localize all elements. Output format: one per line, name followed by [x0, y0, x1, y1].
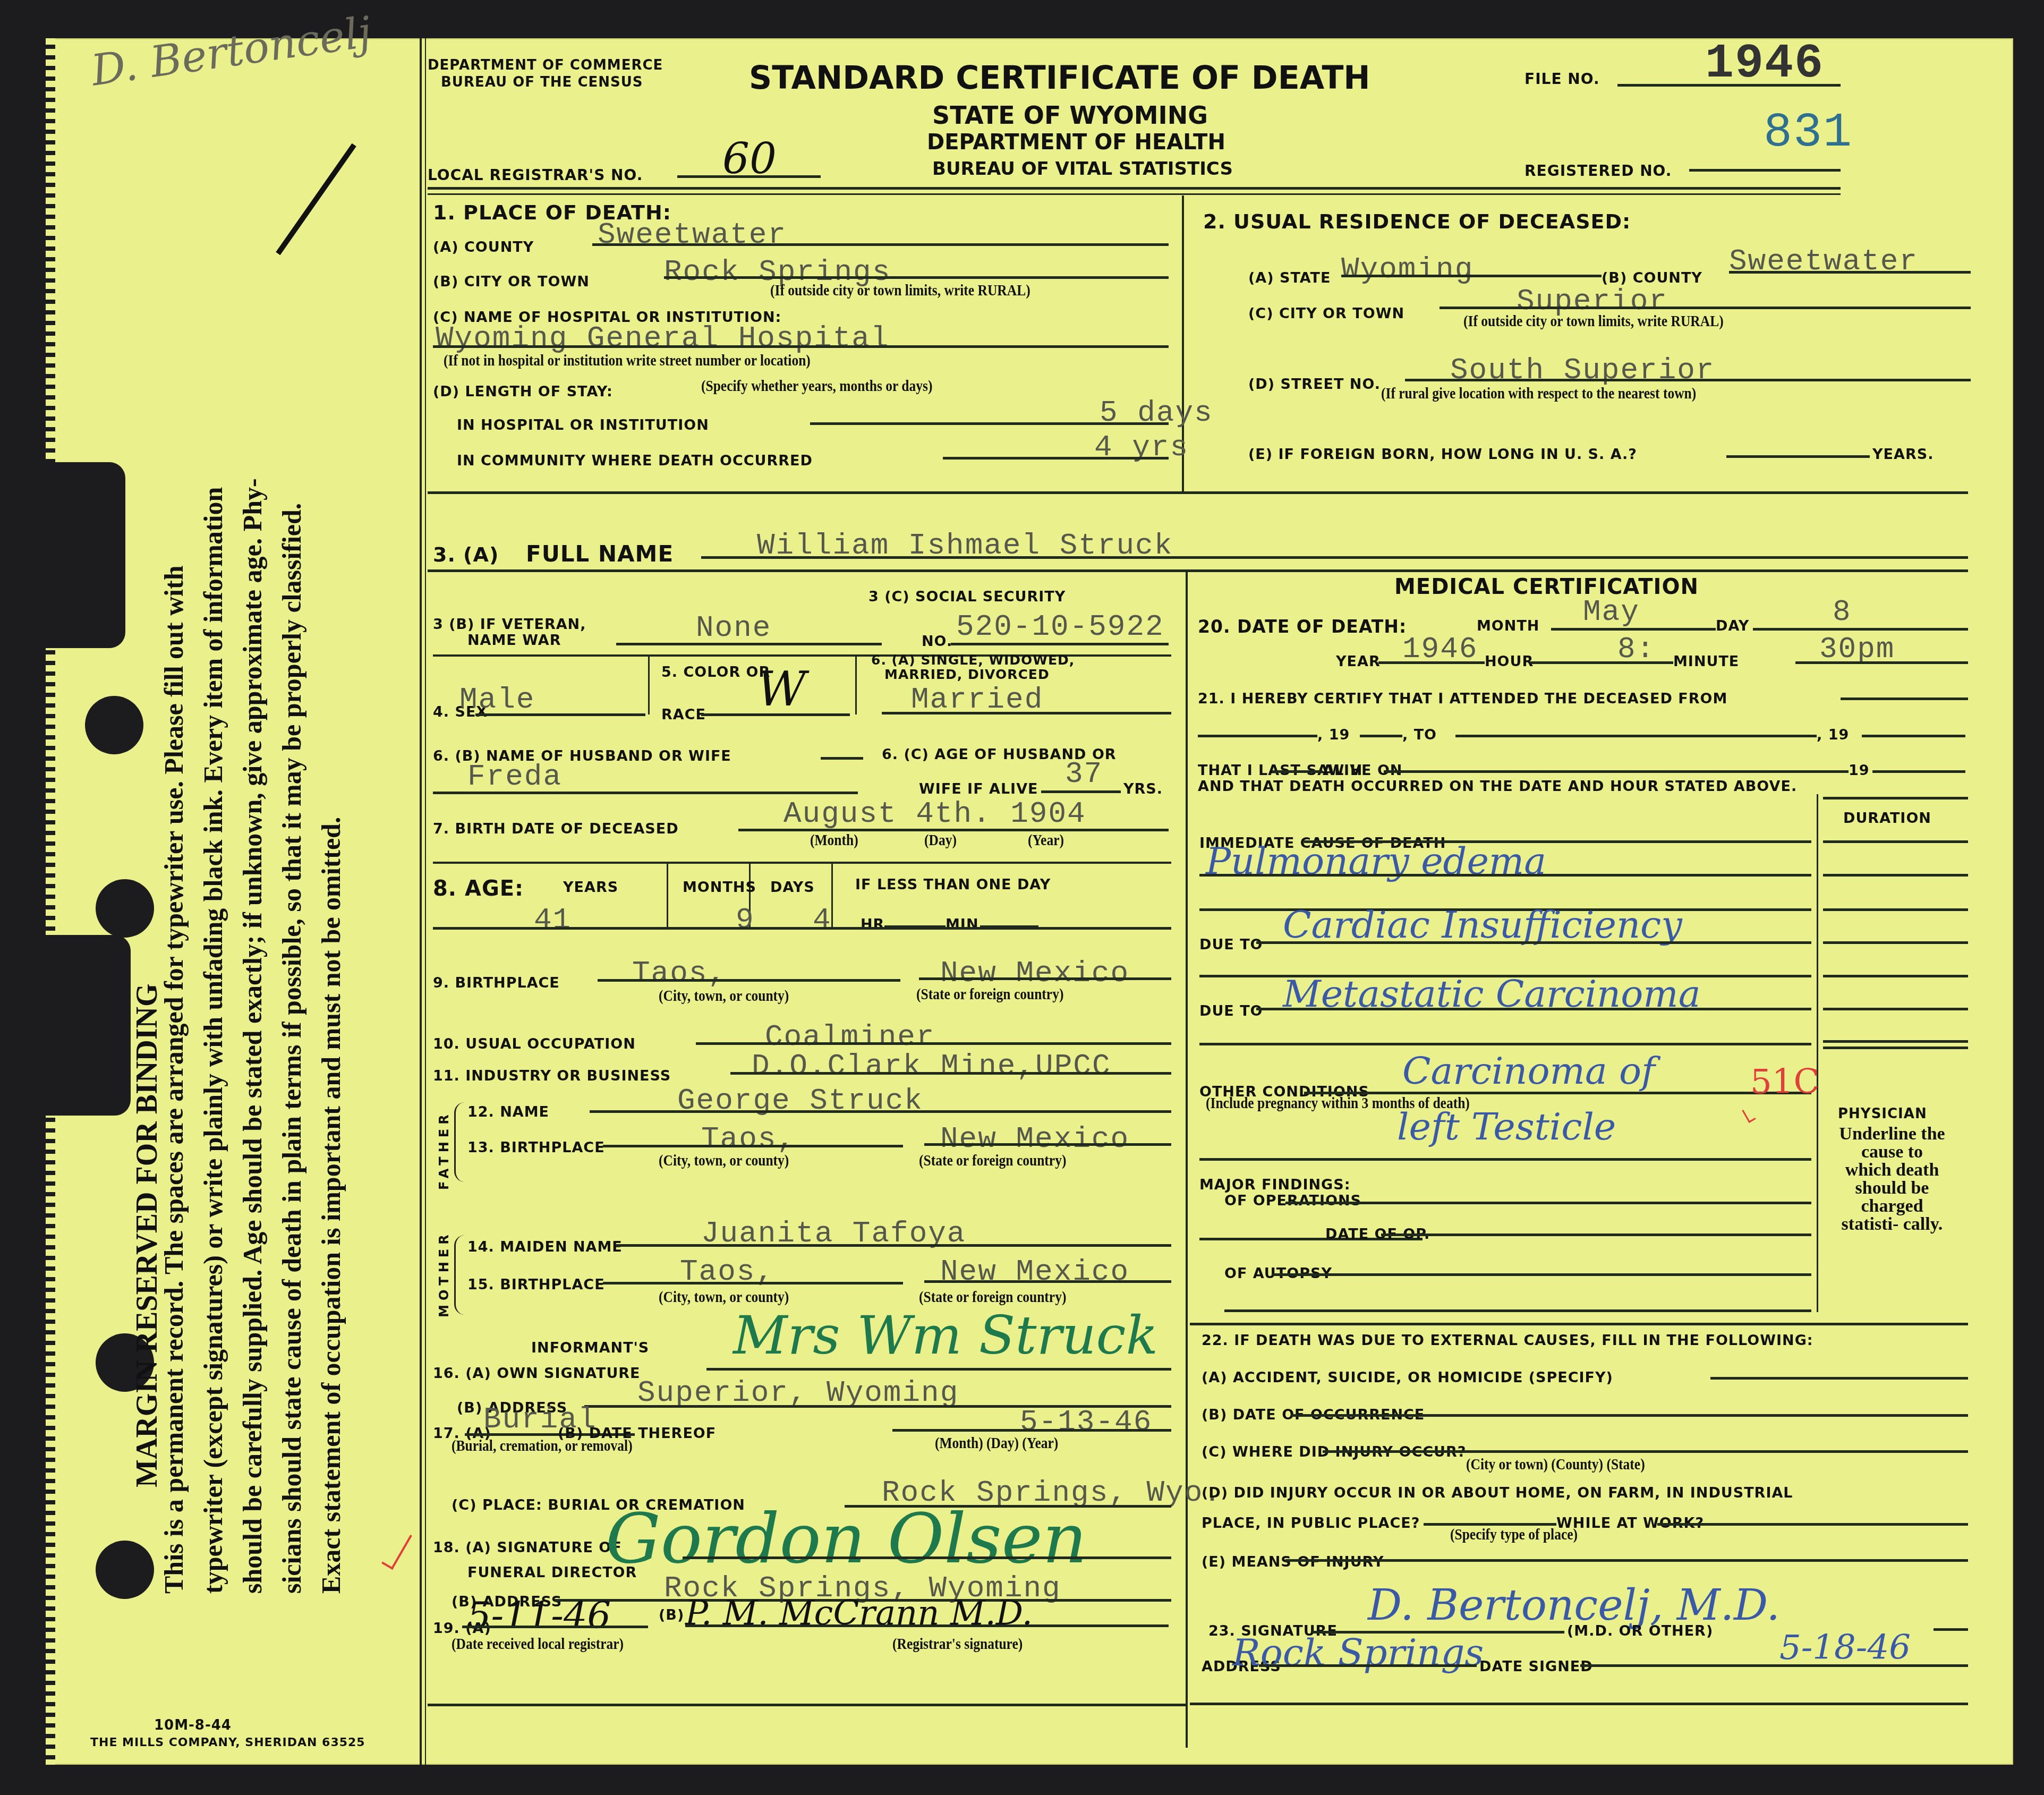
rule	[1823, 908, 1968, 911]
death-year-label: YEAR	[1336, 653, 1381, 670]
funeral-director-signature[interactable]: Gordon Olsen	[606, 1498, 1087, 1579]
column-divider	[1186, 571, 1188, 1748]
mother-city-hint: (City, town, or county)	[659, 1288, 789, 1306]
instructions-line-3: should be carefully supplied. Age should…	[233, 478, 272, 1594]
birth-date[interactable]: August 4th. 1904	[783, 797, 1086, 831]
funeral-label-1: 18. (A) SIGNATURE OF	[433, 1539, 622, 1556]
rule	[821, 757, 863, 760]
occupation-label: 10. USUAL OCCUPATION	[433, 1036, 636, 1052]
rule	[1580, 1664, 1968, 1667]
rule	[685, 1624, 1169, 1627]
father-birthplace-label: 13. BIRTHPLACE	[467, 1139, 605, 1156]
physician-note: Underline the cause to which death shoul…	[1839, 1125, 1945, 1233]
age-years-label: YEARS	[563, 879, 618, 896]
res-city-hint: (If outside city or town limits, write R…	[1463, 312, 1724, 330]
section-rule	[428, 1704, 1187, 1706]
rule	[696, 1042, 1171, 1045]
rule	[924, 1280, 1171, 1283]
rule	[1405, 379, 1971, 381]
age-months[interactable]: 9	[736, 903, 755, 937]
rule	[433, 345, 1169, 348]
rule	[462, 1626, 648, 1628]
due-to-label-2: DUE TO	[1199, 1003, 1263, 1019]
birth-hint-month: (Month)	[810, 831, 858, 849]
rule	[1341, 275, 1602, 277]
state-name: STATE OF WYOMING	[932, 101, 1208, 130]
hospital-name[interactable]: Wyoming General Hospital	[436, 321, 890, 355]
stay-hint: (Specify whether years, months or days)	[701, 377, 932, 395]
local-registrar-label: LOCAL REGISTRAR'S NO.	[428, 166, 643, 184]
rule	[924, 1143, 1171, 1146]
instructions-line-2: typewriter (except signatures) or write …	[193, 487, 233, 1594]
other-conditions-2[interactable]: left Testicle	[1397, 1105, 1616, 1149]
hospital-hint: (If not in hospital or institution write…	[444, 352, 811, 370]
death-day[interactable]: 8	[1833, 595, 1852, 629]
age-months-label: MONTHS	[683, 879, 756, 896]
foreign-born-label: (E) IF FOREIGN BORN, HOW LONG IN U. S. A…	[1248, 446, 1637, 463]
rule	[1360, 735, 1402, 737]
certificate-title: STANDARD CERTIFICATE OF DEATH	[749, 59, 1370, 97]
rule	[616, 643, 882, 645]
registered-no: 831	[1764, 106, 1853, 160]
in-hospital-label: IN HOSPITAL OR INSTITUTION	[457, 417, 709, 433]
rule	[1285, 1202, 1811, 1204]
rule	[1272, 770, 1323, 773]
color-label: 5. COLOR OR	[661, 664, 770, 680]
instructions-line-5: Exact statement of occupation is importa…	[311, 817, 351, 1594]
death-hour-label: HOUR	[1485, 653, 1534, 670]
md-or-other-label: (M.D. OR OTHER)	[1567, 1623, 1713, 1639]
race[interactable]: W	[757, 661, 806, 717]
death-date-label: 20. DATE OF DEATH:	[1198, 616, 1407, 637]
father-brace	[454, 1102, 465, 1182]
physician-label: PHYSICIAN	[1838, 1106, 1927, 1122]
disposition-date-hint: (Month) (Day) (Year)	[935, 1434, 1058, 1452]
other-conditions-1[interactable]: Carcinoma of	[1402, 1049, 1655, 1093]
binding-hole	[96, 1541, 154, 1599]
race-label: RACE	[661, 707, 706, 723]
certify-19-a: , 19	[1317, 727, 1350, 743]
registrar-date-hint: (Date received local registrar)	[452, 1635, 624, 1653]
rule	[1291, 1414, 1968, 1417]
rule	[1256, 941, 1811, 944]
bureau-census: BUREAU OF THE CENSUS	[441, 74, 643, 90]
section-rule	[428, 569, 1968, 572]
foreign-years-label: YEARS.	[1872, 446, 1934, 463]
veteran-war[interactable]: None	[696, 611, 771, 645]
last-saw-19: 19	[1849, 762, 1870, 779]
rule	[1272, 1273, 1811, 1276]
rule	[1823, 874, 1968, 877]
rule	[951, 643, 1169, 645]
rule	[1823, 797, 1968, 799]
res-state-label: (A) STATE	[1248, 270, 1331, 286]
certify-19-b: , 19	[1817, 727, 1849, 743]
instructions-line-1: This is a permanent record. The spaces a…	[154, 566, 193, 1594]
industry-label: 11. INDUSTRY OR BUSINESS	[433, 1068, 671, 1084]
spouse-name[interactable]: Freda	[467, 760, 562, 794]
instructions-line-4: sicians should state cause of death in p…	[272, 503, 311, 1594]
section-rule	[428, 491, 1968, 494]
rule	[1710, 1377, 1968, 1380]
header-rule	[428, 187, 1841, 190]
rule	[1256, 1008, 1811, 1010]
rule	[701, 556, 1968, 559]
father-side-label: FATHER	[437, 1110, 452, 1190]
in-community-label: IN COMMUNITY WHERE DEATH OCCURRED	[457, 453, 813, 469]
rule	[701, 713, 850, 716]
mother-birth-state[interactable]: New Mexico	[940, 1255, 1129, 1289]
registrar-sig-label: (B)	[659, 1607, 684, 1623]
age-label: 8. AGE:	[433, 877, 524, 901]
department-name: DEPARTMENT OF HEALTH	[927, 130, 1225, 155]
rule	[1455, 735, 1817, 737]
informant-label-2: 16. (A) OWN SIGNATURE	[433, 1365, 641, 1382]
rule	[892, 1429, 1171, 1432]
spouse-age-unit: YRS.	[1123, 781, 1163, 797]
external-e-label: (E) MEANS OF INJURY	[1202, 1554, 1384, 1570]
county-label: (A) COUNTY	[433, 239, 534, 256]
rule	[1285, 1559, 1968, 1562]
residence-heading: 2. USUAL RESIDENCE OF DECEASED:	[1203, 210, 1631, 233]
binding-notch	[46, 462, 125, 648]
external-d-label-2: PLACE, IN PUBLIC PLACE?	[1202, 1515, 1420, 1532]
registrar-date[interactable]: 5-11-46	[467, 1594, 611, 1637]
rule	[919, 977, 1171, 980]
mother-name-label: 14. MAIDEN NAME	[467, 1239, 623, 1255]
birthplace-label: 9. BIRTHPLACE	[433, 975, 560, 991]
rule	[1224, 1309, 1811, 1312]
form-border-left	[420, 38, 422, 1765]
rule	[433, 927, 1171, 930]
min-label: MIN.	[946, 916, 985, 933]
mother-brace	[454, 1235, 465, 1315]
ss-no-label: NO.	[922, 633, 952, 650]
rule	[1530, 661, 1673, 664]
rule	[1657, 1523, 1968, 1526]
rule	[810, 422, 1169, 425]
death-minute-label: MINUTE	[1673, 653, 1739, 670]
age-years[interactable]: 41	[534, 903, 572, 937]
external-d-hint: (Specify type of place)	[1450, 1526, 1578, 1544]
full-name-label: FULL NAME	[526, 541, 674, 567]
age-days[interactable]: 4	[813, 903, 832, 937]
external-c-hint: (City or town) (County) (State)	[1466, 1456, 1645, 1474]
death-month-label: MONTH	[1477, 618, 1539, 634]
father-state-hint: (State or foreign country)	[919, 1152, 1066, 1170]
stay-label: (D) LENGTH OF STAY:	[433, 384, 613, 400]
father-birth-state[interactable]: New Mexico	[940, 1122, 1129, 1156]
rule	[1934, 1628, 1968, 1631]
file-no: 1946	[1705, 37, 1824, 91]
ss-label: 3 (C) SOCIAL SECURITY	[868, 589, 1066, 605]
perforated-edge	[46, 38, 55, 1765]
disposition-date-label: (B) DATE THEREOF	[558, 1425, 716, 1442]
father-name-label: 12. NAME	[467, 1104, 549, 1120]
rule	[706, 1368, 1171, 1371]
cell-divider	[855, 656, 857, 714]
rule	[1823, 1008, 1968, 1010]
hr-label: HR.	[861, 916, 891, 933]
rule	[592, 243, 1169, 246]
full-name-num: 3. (A)	[433, 543, 499, 566]
age-days-label: DAYS	[770, 879, 815, 896]
rule	[1378, 661, 1485, 664]
external-d-label-1: (D) DID INJURY OCCUR IN OR ABOUT HOME, O…	[1202, 1485, 1793, 1501]
mother-side-label: MOTHER	[437, 1230, 452, 1317]
rule	[1823, 1040, 1968, 1043]
birthplace-city[interactable]: Taos,	[632, 956, 727, 990]
spouse-age-label-2: WIFE IF ALIVE	[919, 781, 1038, 797]
rule	[616, 1244, 1171, 1247]
rule	[603, 1145, 903, 1147]
registrar-sig-hint: (Registrar's signature)	[892, 1635, 1023, 1653]
res-street[interactable]: South Superior	[1450, 353, 1715, 387]
binding-hole	[96, 879, 154, 938]
file-no-label: FILE NO.	[1525, 70, 1600, 88]
rule	[730, 1072, 1171, 1075]
major-findings-label: MAJOR FINDINGS:	[1199, 1177, 1351, 1193]
duration-label: DURATION	[1843, 810, 1931, 827]
printer-imprint: THE MILLS COMPANY, SHERIDAN 63525	[90, 1736, 365, 1749]
registered-line	[1689, 169, 1841, 172]
res-street-label: (D) STREET NO.	[1248, 376, 1381, 393]
rule	[598, 979, 900, 982]
rule	[1041, 790, 1121, 793]
birth-hint-day: (Day)	[924, 831, 957, 849]
res-city-label: (C) CITY OR TOWN	[1248, 305, 1404, 322]
rule	[1729, 271, 1971, 274]
external-a-label: (A) ACCIDENT, SUICIDE, OR HOMICIDE (SPEC…	[1202, 1369, 1613, 1386]
external-heading: 22. IF DEATH WAS DUE TO EXTERNAL CAUSES,…	[1202, 1332, 1813, 1349]
due-to-label-1: DUE TO	[1199, 937, 1263, 953]
social-security-no[interactable]: 520-10-5922	[956, 610, 1164, 644]
marital-label-2: MARRIED, DIVORCED	[884, 667, 1050, 682]
rule	[1753, 628, 1968, 631]
rule	[664, 276, 1169, 279]
registered-no-label: REGISTERED NO.	[1525, 162, 1672, 180]
spouse-age[interactable]: 37	[1065, 757, 1103, 791]
death-day-label: DAY	[1716, 618, 1749, 634]
rule	[1199, 1158, 1811, 1161]
res-state[interactable]: Wyoming	[1341, 252, 1474, 286]
date-signed-label: DATE SIGNED	[1479, 1658, 1593, 1675]
registrar-line	[677, 175, 821, 178]
rule	[1841, 697, 1968, 700]
mother-state-hint: (State or foreign country)	[919, 1288, 1066, 1306]
rule	[1823, 975, 1968, 977]
occurred-statement: AND THAT DEATH OCCURRED ON THE DATE AND …	[1198, 778, 1797, 795]
rule	[590, 1110, 1171, 1113]
header-rule-2	[428, 193, 1841, 195]
rule	[1823, 941, 1968, 944]
birth-hint-year: (Year)	[1028, 831, 1064, 849]
medical-heading: MEDICAL CERTIFICATION	[1394, 575, 1699, 599]
birthplace-state-hint: (State or foreign country)	[916, 985, 1063, 1003]
rule	[1198, 735, 1317, 737]
rule	[1384, 770, 1849, 773]
due-to-1[interactable]: Cardiac Insufficiency	[1283, 903, 1682, 947]
cell-divider	[648, 656, 650, 714]
rule	[433, 792, 858, 794]
veteran-label-2: NAME WAR	[467, 632, 561, 649]
rule	[1862, 735, 1965, 737]
less-than-day-label: IF LESS THAN ONE DAY	[855, 877, 1051, 893]
father-city-hint: (City, town, or county)	[659, 1152, 789, 1170]
cell-divider	[667, 863, 668, 927]
mother-birthplace-label: 15. BIRTHPLACE	[467, 1277, 605, 1293]
dept-commerce: DEPARTMENT OF COMMERCE	[428, 57, 663, 73]
rule	[1872, 770, 1965, 773]
rule	[1259, 1664, 1477, 1667]
certify-to: , TO	[1402, 727, 1437, 743]
section-rule	[1190, 1703, 1968, 1705]
death-county[interactable]: Sweetwater	[598, 218, 787, 252]
rule	[1440, 307, 1971, 309]
certifier-address[interactable]: Rock Springs	[1232, 1631, 1484, 1674]
rule	[1551, 628, 1716, 631]
bureau-name: BUREAU OF VITAL STATISTICS	[932, 158, 1233, 180]
binding-hole	[85, 696, 143, 754]
rule	[1823, 840, 1968, 843]
duration-divider	[1817, 794, 1818, 1312]
rule	[1726, 455, 1870, 458]
rule	[882, 712, 1171, 714]
cause-code: 51C	[1750, 1062, 1819, 1102]
rule	[603, 1282, 903, 1284]
city-label: (B) CITY OR TOWN	[433, 274, 590, 290]
rule	[1795, 661, 1968, 664]
birthplace-city-hint: (City, town, or county)	[659, 987, 789, 1005]
city-hint: (If outside city or town limits, write R…	[770, 282, 1030, 300]
section-rule	[1190, 1323, 1968, 1325]
rule	[683, 1556, 1171, 1559]
rule	[1823, 1047, 1968, 1049]
res-street-hint: (If rural give location with respect to …	[1381, 385, 1696, 403]
operations-label: OF OPERATIONS	[1224, 1193, 1361, 1209]
birth-date-label: 7. BIRTH DATE OF DECEASED	[433, 821, 679, 837]
industry[interactable]: D.O.Clark Mine,UPCC	[752, 1049, 1111, 1083]
rule	[1199, 1043, 1811, 1045]
rule	[943, 457, 1169, 460]
date-signed[interactable]: 5-18-46	[1779, 1628, 1911, 1668]
rule	[475, 713, 645, 716]
certify-line-1: 21. I HEREBY CERTIFY THAT I ATTENDED THE…	[1198, 691, 1727, 707]
binding-notch	[46, 935, 131, 1116]
rule	[1381, 1233, 1811, 1236]
rule	[433, 862, 1171, 864]
sex[interactable]: Male	[459, 683, 535, 717]
death-month[interactable]: May	[1583, 595, 1640, 629]
informant-signature[interactable]: Mrs Wm Struck	[733, 1304, 1158, 1366]
marital-label-1: 6. (A) SINGLE, WIDOWED,	[871, 652, 1075, 668]
rule	[1199, 874, 1811, 877]
form-code: 10M-8-44	[154, 1717, 232, 1733]
rule	[1323, 1450, 1968, 1453]
veteran-label-1: 3 (B) IF VETERAN,	[433, 616, 586, 633]
father-birth-city[interactable]: Taos,	[701, 1122, 796, 1156]
form-border-left-inner	[425, 38, 426, 1765]
informant-label-1: INFORMANT'S	[531, 1340, 649, 1356]
file-no-line	[1617, 84, 1841, 87]
